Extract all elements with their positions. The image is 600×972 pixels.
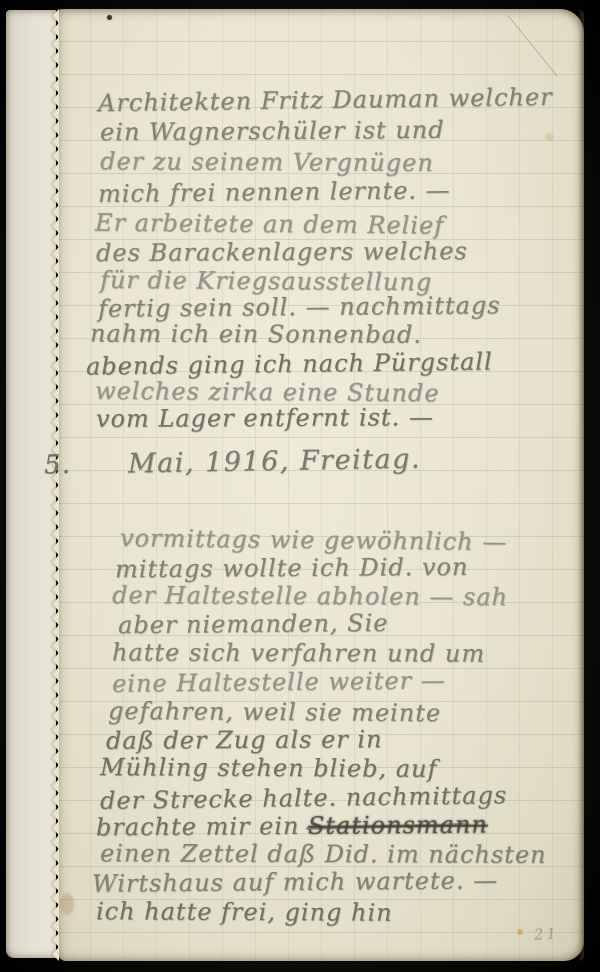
handwriting-line: daß der Zug als er in: [106, 724, 383, 755]
handwriting-line: Mühling stehen blieb, auf: [100, 752, 438, 784]
handwriting-line: ein Wagnerschüler ist und: [100, 115, 445, 147]
scanned-notebook-photo: { "document": { "kind": "handwritten dia…: [0, 0, 600, 972]
handwriting-layer: Architekten Fritz Dauman welcher ein Wag…: [58, 9, 584, 961]
handwriting-line: nahm ich ein Sonnenbad.: [90, 318, 422, 349]
entry-date-heading: Mai, 1916, Freitag.: [128, 444, 421, 479]
handwriting-line: Wirtshaus auf mich wartete. —: [92, 865, 498, 899]
entry-margin-number: 5.: [43, 450, 71, 481]
handwriting-line: der zu seinem Vergnügen: [100, 146, 434, 178]
notebook-page: Architekten Fritz Dauman welcher ein Wag…: [58, 9, 584, 961]
handwriting-line-text: brachte mir ein: [96, 812, 300, 841]
handwriting-line: Architekten Fritz Dauman welcher: [98, 82, 553, 118]
handwriting-line: eine Haltestelle weiter —: [112, 665, 446, 698]
handwriting-line: mich frei nennen lernte. —: [98, 175, 451, 209]
handwriting-line: der Haltestelle abholen — sah: [112, 580, 508, 612]
handwriting-line: hatte sich verfahren und um: [112, 637, 485, 668]
handwriting-line: gefahren, weil sie meinte: [108, 696, 441, 728]
page-number: 21: [533, 924, 559, 944]
handwriting-line: ich hatte frei, ging hin: [96, 896, 393, 928]
handwriting-line: vom Lager entfernt ist. —: [96, 402, 434, 434]
handwriting-line: des Barackenlagers welches: [96, 236, 468, 268]
handwriting-line: aber niemanden, Sie: [118, 608, 389, 640]
